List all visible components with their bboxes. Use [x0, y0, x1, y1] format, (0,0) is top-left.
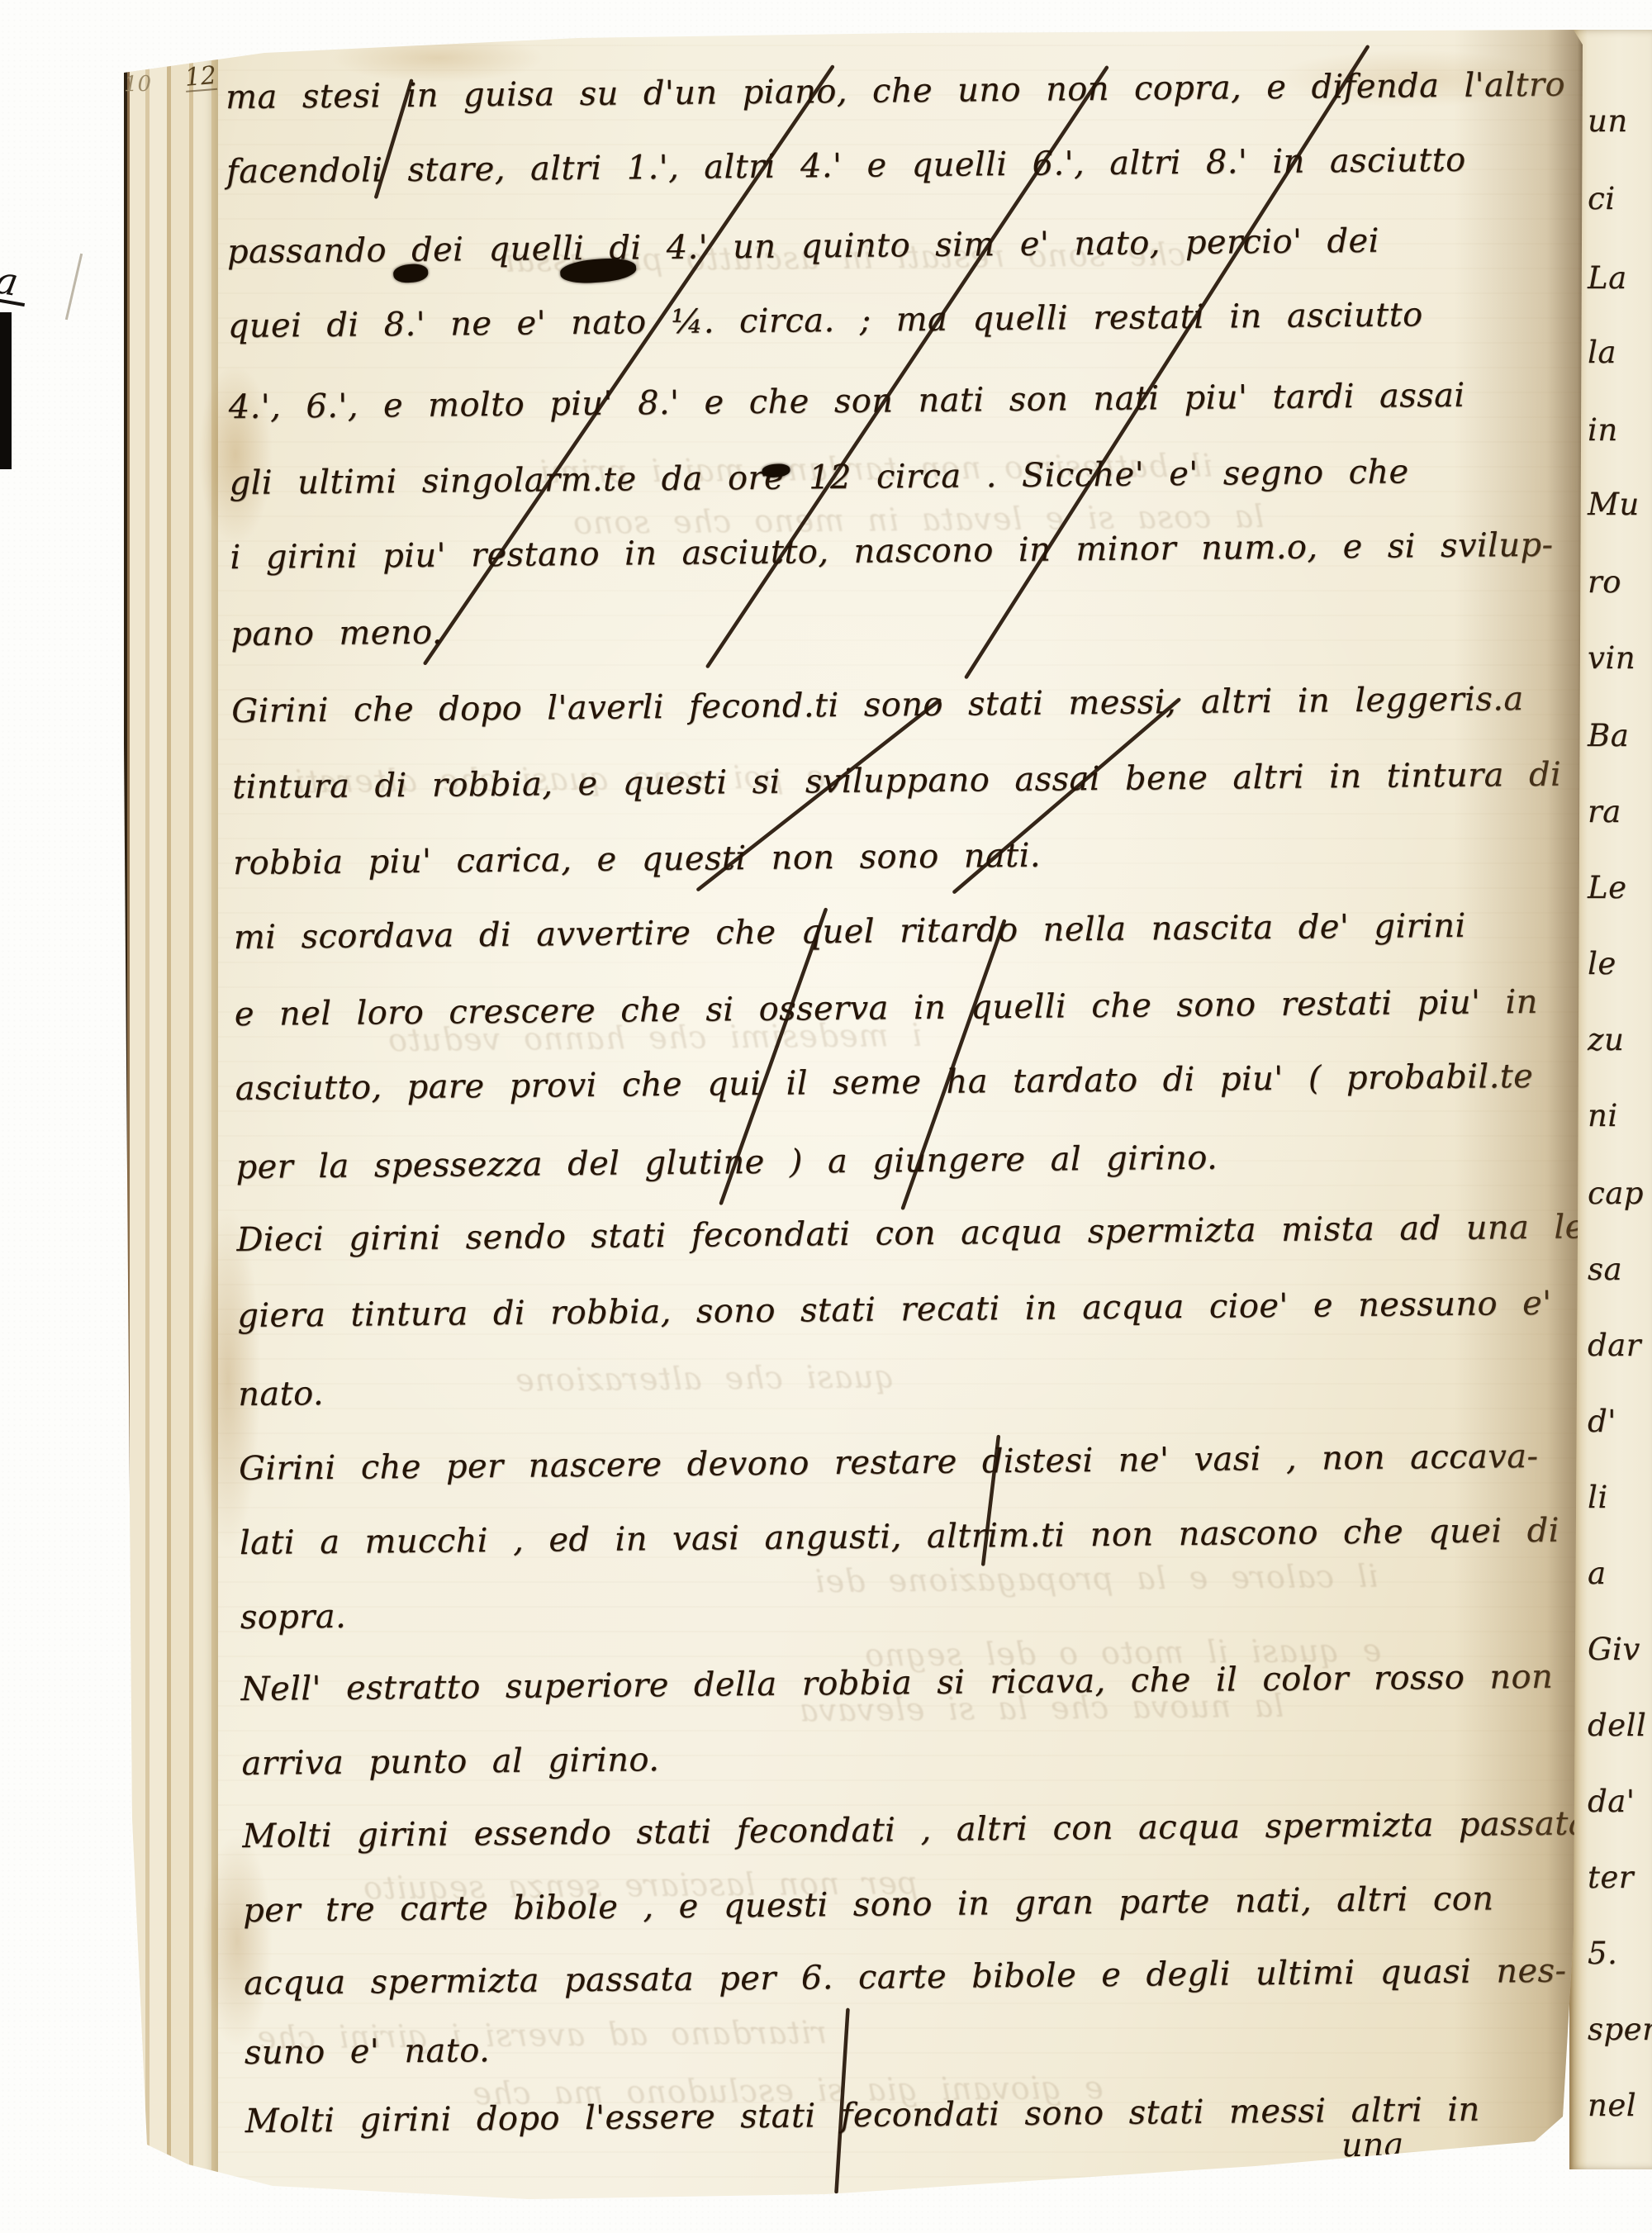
facing-page-edge: unciLalainMurovinBaraLelezunicapsadard'l…	[1569, 30, 1652, 2169]
ink-bleedthrough-layer: che sono restati in asciutto piu assaiil…	[0, 0, 1641, 2]
facing-page-word-fragment: li	[1588, 1482, 1608, 1513]
facing-page-word-fragment: zu	[1588, 1024, 1624, 1055]
strikethrough-stroke	[719, 910, 828, 1203]
handwritten-text-block: ma stesi in guisa su d'un piano, che uno…	[0, 0, 1641, 2]
facing-page-word-fragment: ni	[1588, 1100, 1618, 1131]
notebook-page: 10 12 che sono restati in asciutto piu a…	[0, 0, 1652, 2233]
facing-page-word-fragment: la	[1588, 337, 1616, 368]
strikethrough-stroke	[952, 700, 1180, 892]
facing-page-word-fragment: ro	[1588, 567, 1621, 597]
facing-page-word-fragment: a	[1588, 1558, 1607, 1589]
strikethrough-stroke	[834, 2010, 849, 2192]
strikethrough-stroke	[982, 1437, 999, 1564]
facing-page-word-fragment: 5.	[1588, 1938, 1617, 1969]
strikethrough-stroke	[961, 47, 1374, 677]
catchword: una	[1341, 2128, 1404, 2162]
facing-page-word-fragment: Le	[1588, 872, 1626, 903]
facing-page-word-fragment: nel	[1588, 2090, 1636, 2121]
facing-page-word-fragment: in	[1588, 415, 1618, 445]
facing-page-word-fragment: ra	[1588, 796, 1621, 827]
margin-letter-mark: a	[0, 260, 31, 306]
facing-page-word-fragment: Ba	[1588, 720, 1629, 751]
facing-page-word-fragment: sper	[1588, 2014, 1652, 2045]
facing-page-word-fragment: cap	[1588, 1178, 1644, 1209]
pencil-stroke	[65, 254, 83, 321]
facing-page-word-fragment: La	[1588, 263, 1627, 293]
ink-blots-layer	[0, 0, 1641, 2]
facing-page-word-fragment: da'	[1588, 1786, 1635, 1817]
facing-page-word-fragment: dar	[1588, 1330, 1641, 1361]
facing-page-word-fragment: Mu	[1588, 489, 1640, 520]
strikethrough-stroke	[696, 701, 941, 890]
facing-page-word-fragment: d'	[1588, 1406, 1616, 1437]
manuscript-content: 10 12 che sono restati in asciutto piu a…	[0, 0, 1652, 2233]
strikethrough-stroke	[900, 921, 1007, 1208]
facing-page-word-fragment: dell	[1588, 1710, 1646, 1741]
strikethrough-layer	[0, 0, 1652, 2233]
scanner-black-bar	[0, 312, 12, 469]
facing-page-word-fragment: sa	[1588, 1254, 1622, 1285]
strikethrough-stroke	[702, 68, 1113, 667]
strikethrough-stroke	[375, 81, 412, 197]
gutter-shadow	[1454, 30, 1583, 2202]
facing-page-word-fragment: un	[1588, 106, 1628, 136]
facing-page-word-fragment: ci	[1588, 183, 1616, 214]
facing-page-word-fragment: Giv	[1588, 1634, 1640, 1665]
strikethrough-stroke	[420, 67, 838, 663]
facing-page-word-fragment: ter	[1588, 1862, 1634, 1893]
scanned-manuscript-page: { "page": { "folio_number_left": "10", "…	[0, 0, 1652, 2233]
facing-page-word-fragment: vin	[1588, 643, 1635, 673]
facing-page-word-fragment: le	[1588, 948, 1616, 979]
